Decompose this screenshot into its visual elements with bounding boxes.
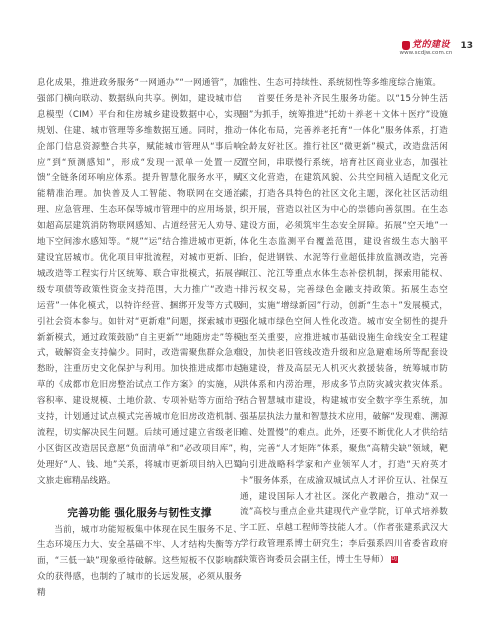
logo-url: www.scdjw.com.cn — [399, 51, 452, 57]
party-emblem-icon — [402, 41, 410, 50]
right-column: 准性、生态可持续性、系统韧性等多维度综合施策。 首要任务是补齐民生服务功能。以“… — [240, 76, 448, 569]
body-paragraph-text: 首要任务是补齐民生服务功能。以“15分钟生活圈”为抓手，统筹推进“托幼＋养老＋文… — [240, 94, 448, 565]
article-end-mark-icon: DJ — [391, 556, 398, 563]
page-header: 党的建设 www.scdjw.com.cn 13 — [399, 34, 473, 56]
logo-row: 党的建设 — [402, 41, 450, 50]
magazine-logo: 党的建设 www.scdjw.com.cn — [399, 41, 452, 57]
page-number: 13 — [460, 41, 473, 56]
left-column: 息化成果，推进政务服务“一网通办”“一网通管”，加强部门横向联动、数据纵向共享。… — [37, 76, 242, 602]
logo-title: 党的建设 — [412, 41, 450, 50]
section-heading: 完善功能 强化服务与韧性支撑 — [37, 505, 242, 521]
body-paragraph-last: 首要任务是补齐民生服务功能。以“15分钟生活圈”为抓手，统筹推进“托幼＋养老＋文… — [240, 92, 448, 569]
body-paragraph: 当前，城市功能短板集中体现在民生服务不足、生态环境压力大、安全基础不牢、人才结构… — [37, 523, 242, 603]
body-paragraph: 准性、生态可持续性、系统韧性等多维度综合施策。 — [240, 76, 448, 92]
body-paragraph: 息化成果，推进政务服务“一网通办”“一网通管”，加强部门横向联动、数据纵向共享。… — [37, 76, 242, 490]
